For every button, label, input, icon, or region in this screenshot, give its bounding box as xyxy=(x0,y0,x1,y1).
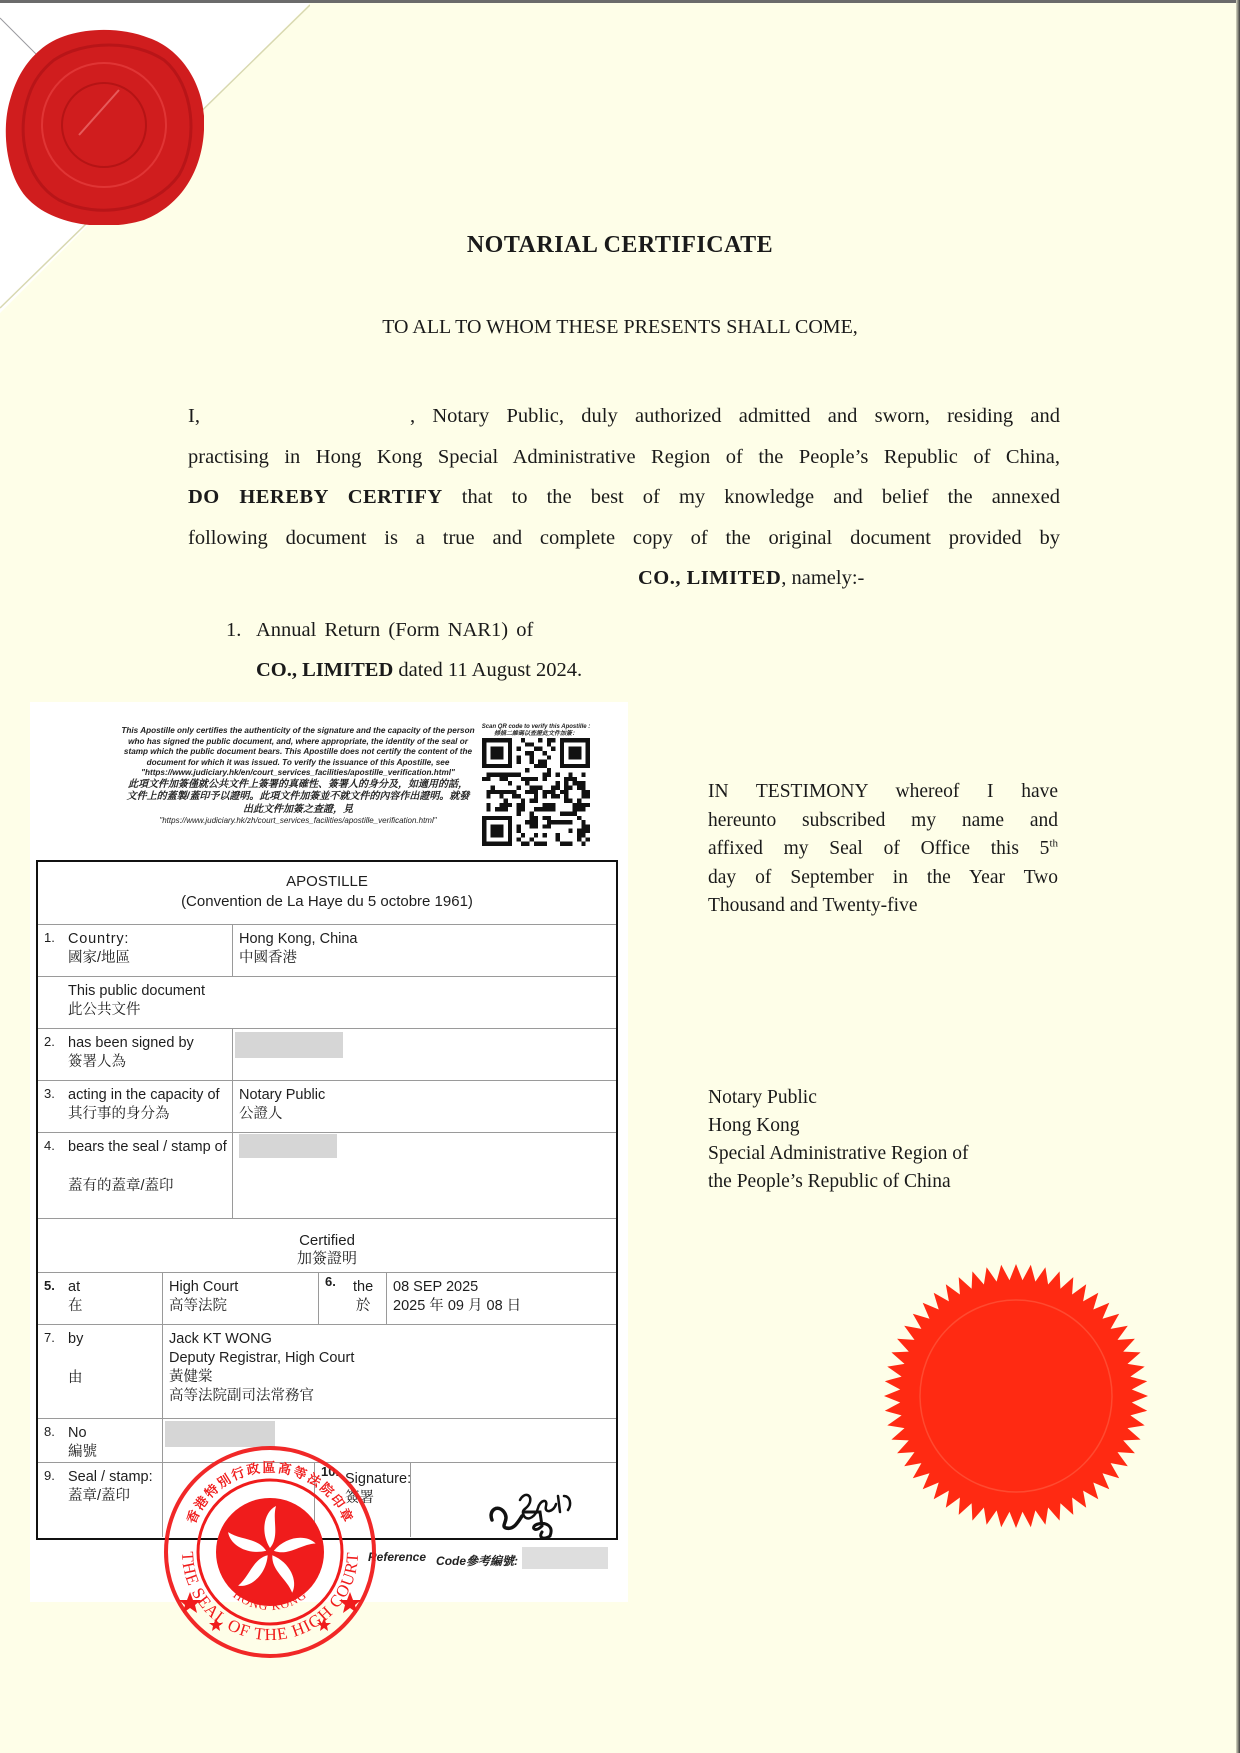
paragraph-line: practising in Hong Kong Special Administ… xyxy=(188,437,1060,478)
date-value: 08 SEP 20252025 年 09 月 08 日 xyxy=(386,1272,616,1324)
qr-caption: Scan QR code to verify this Apostille : … xyxy=(472,724,600,738)
company-name: CO., LIMITED xyxy=(638,567,781,589)
notary-signature-block: Notary Public Hong Kong Special Administ… xyxy=(708,1084,969,1196)
page-title: NOTARIAL CERTIFICATE xyxy=(0,232,1240,259)
notary-location: the People’s Republic of China xyxy=(708,1168,969,1196)
row-value xyxy=(232,1132,616,1218)
row-value: Hong Kong, China中國香港 xyxy=(232,924,616,976)
disclaimer-line: document for which it was issued. To ver… xyxy=(58,758,538,769)
list-item-text: Annual Return (Form NAR1) of xyxy=(256,619,533,641)
verification-url-en: "https://www.judiciary.hk/en/court_servi… xyxy=(58,768,538,779)
signatory-title-zh: 高等法院副司法常務官 xyxy=(169,1387,354,1406)
list-item-text: dated 11 August 2024. xyxy=(398,659,582,681)
qr-caption-en: Scan QR code to verify this Apostille : xyxy=(472,724,600,731)
row-label: Country:國家/地區 xyxy=(68,930,130,968)
convention-text: (Convention de La Haye du 5 octobre 1961… xyxy=(38,892,616,912)
row-number: 1. xyxy=(44,930,55,945)
row-number: 9. xyxy=(44,1468,55,1483)
paragraph-line: I,, Notary Public, duly authorized admit… xyxy=(188,396,1060,437)
testimony-line: Thousand and Twenty-five xyxy=(708,892,1058,921)
row-value: Notary Public公證人 xyxy=(232,1080,616,1132)
verification-url-zh: "https://www.judiciary.hk/zh/court_servi… xyxy=(58,816,538,827)
qr-caption-zh: 掃描二維碼以查證此文件加簽： xyxy=(472,731,600,738)
disclaimer-line: This Apostille only certifies the authen… xyxy=(58,726,538,737)
apostille-disclaimer: This Apostille only certifies the authen… xyxy=(58,726,538,827)
date-label-cell: 6. the於 xyxy=(318,1272,387,1324)
apostille-heading: APOSTILLE (Convention de La Haye du 5 oc… xyxy=(38,862,616,912)
signatory-name: Jack KT WONG xyxy=(169,1330,354,1349)
row-place-date: 5. at在 High Court高等法院 6. the於 08 SEP 202… xyxy=(38,1272,616,1325)
row-label: has been signed by簽署人為 xyxy=(68,1034,194,1072)
row-number: 2. xyxy=(44,1034,55,1049)
pronoun-text: I, xyxy=(188,405,200,427)
paragraph-text: , namely:- xyxy=(781,567,864,589)
paragraph-text: that to the best of my knowledge and bel… xyxy=(462,486,1060,508)
row-certified: Certified加簽證明 xyxy=(38,1218,616,1273)
certify-emphasis: DO HEREBY CERTIFY xyxy=(188,486,443,508)
handwritten-signature xyxy=(484,1482,594,1542)
row-by: 7. by由 Jack KT WONG Deputy Registrar, Hi… xyxy=(38,1324,616,1419)
row-label: bears the seal / stamp of蓋有的蓋章/蓋印 xyxy=(68,1138,227,1196)
high-court-seal-stamp: THE SEAL OF THE HIGH COURT HONG KONG 香港特… xyxy=(160,1442,380,1662)
testimony-line: IN TESTIMONY whereof I have xyxy=(708,778,1058,807)
testimony-line: affixed my Seal of Office this 5th xyxy=(708,835,1058,864)
disclaimer-line: who has signed the public document, and,… xyxy=(58,737,538,748)
row-number: 8. xyxy=(44,1424,55,1439)
paragraph-line: following document is a true and complet… xyxy=(188,518,1060,559)
list-item-continuation: CO., LIMITED dated 11 August 2024. xyxy=(226,650,582,690)
apostille-table: APOSTILLE (Convention de La Haye du 5 oc… xyxy=(36,860,618,1540)
company-name: CO., LIMITED xyxy=(256,659,393,681)
row-value xyxy=(232,1028,616,1080)
row-label: Seal / stamp:蓋章/蓋印 xyxy=(68,1468,153,1506)
redacted-reference-code xyxy=(522,1547,608,1569)
disclaimer-line-zh: 此項文件加簽僅就公共文件上簽署的真確性、簽署人的身分及，如適用的話， xyxy=(58,779,538,792)
disclaimer-line-zh: 出此文件加簽之查證，見 xyxy=(58,804,538,817)
signatory-name-zh: 黃健棠 xyxy=(169,1368,354,1387)
list-item: 1.Annual Return (Form NAR1) of xyxy=(226,610,582,650)
redacted-signer xyxy=(235,1032,343,1058)
signatory-title: Deputy Registrar, High Court xyxy=(169,1349,354,1368)
wax-seal-icon xyxy=(4,20,204,225)
signatory-value: Jack KT WONG Deputy Registrar, High Cour… xyxy=(162,1324,616,1418)
paragraph-line: DO HEREBY CERTIFY that to the best of my… xyxy=(188,477,1060,518)
reference-code-label: Code參考編號: xyxy=(436,1554,518,1568)
apostille-header-row: APOSTILLE (Convention de La Haye du 5 oc… xyxy=(38,862,616,925)
certification-paragraph: I,, Notary Public, duly authorized admit… xyxy=(188,396,1060,599)
testimony-line: hereunto subscribed my name and xyxy=(708,807,1058,836)
row-number: 3. xyxy=(44,1086,55,1101)
testimony-line: day of September in the Year Two xyxy=(708,864,1058,893)
notary-title: Notary Public xyxy=(708,1084,969,1112)
notary-location: Special Administrative Region of xyxy=(708,1140,969,1168)
disclaimer-line: stamp which the public document bears. T… xyxy=(58,747,538,758)
red-foil-seal-icon xyxy=(876,1256,1156,1536)
row-signed-by: 2. has been signed by簽署人為 xyxy=(38,1028,616,1081)
row-number: 5. xyxy=(44,1278,55,1293)
reference-code: ReferenceCode參考編號: xyxy=(368,1547,608,1569)
apostille-title: APOSTILLE xyxy=(38,872,616,892)
row-label: at在 xyxy=(68,1278,83,1316)
row-public-document: This public document此公共文件 xyxy=(38,976,616,1029)
row-label: No編號 xyxy=(68,1424,97,1462)
row-country: 1. Country:國家/地區 Hong Kong, China中國香港 xyxy=(38,924,616,977)
place-value: High Court高等法院 xyxy=(162,1272,319,1324)
row-seal-of: 4. bears the seal / stamp of蓋有的蓋章/蓋印 xyxy=(38,1132,616,1219)
page-subtitle: TO ALL TO WHOM THESE PRESENTS SHALL COME… xyxy=(0,316,1240,339)
list-number: 1. xyxy=(226,610,256,650)
row-label: by由 xyxy=(68,1330,83,1388)
disclaimer-line-zh: 文件上的蓋製/蓋印予以證明。此項文件加簽並不就文件的內容作出證明。就發 xyxy=(58,791,538,804)
redacted-seal-owner xyxy=(239,1134,337,1158)
row-number: 7. xyxy=(44,1330,55,1345)
certified-heading: Certified加簽證明 xyxy=(38,1218,616,1268)
row-label: acting in the capacity of其行事的身分為 xyxy=(68,1086,220,1124)
row-number: 4. xyxy=(44,1138,55,1153)
paragraph-text: , Notary Public, duly authorized admitte… xyxy=(410,405,1060,427)
testimony-clause: IN TESTIMONY whereof I have hereunto sub… xyxy=(708,778,1058,921)
row-number: 6. xyxy=(325,1274,336,1289)
qr-code-icon[interactable] xyxy=(482,738,590,846)
page-right-edge xyxy=(1236,0,1240,1753)
notary-location: Hong Kong xyxy=(708,1112,969,1140)
row-label: This public document此公共文件 xyxy=(68,982,205,1020)
annexed-document-list: 1.Annual Return (Form NAR1) of CO., LIMI… xyxy=(226,610,582,690)
row-capacity: 3. acting in the capacity of其行事的身分為 Nota… xyxy=(38,1080,616,1133)
paragraph-line: CO., LIMITED, namely:- xyxy=(188,558,1060,599)
